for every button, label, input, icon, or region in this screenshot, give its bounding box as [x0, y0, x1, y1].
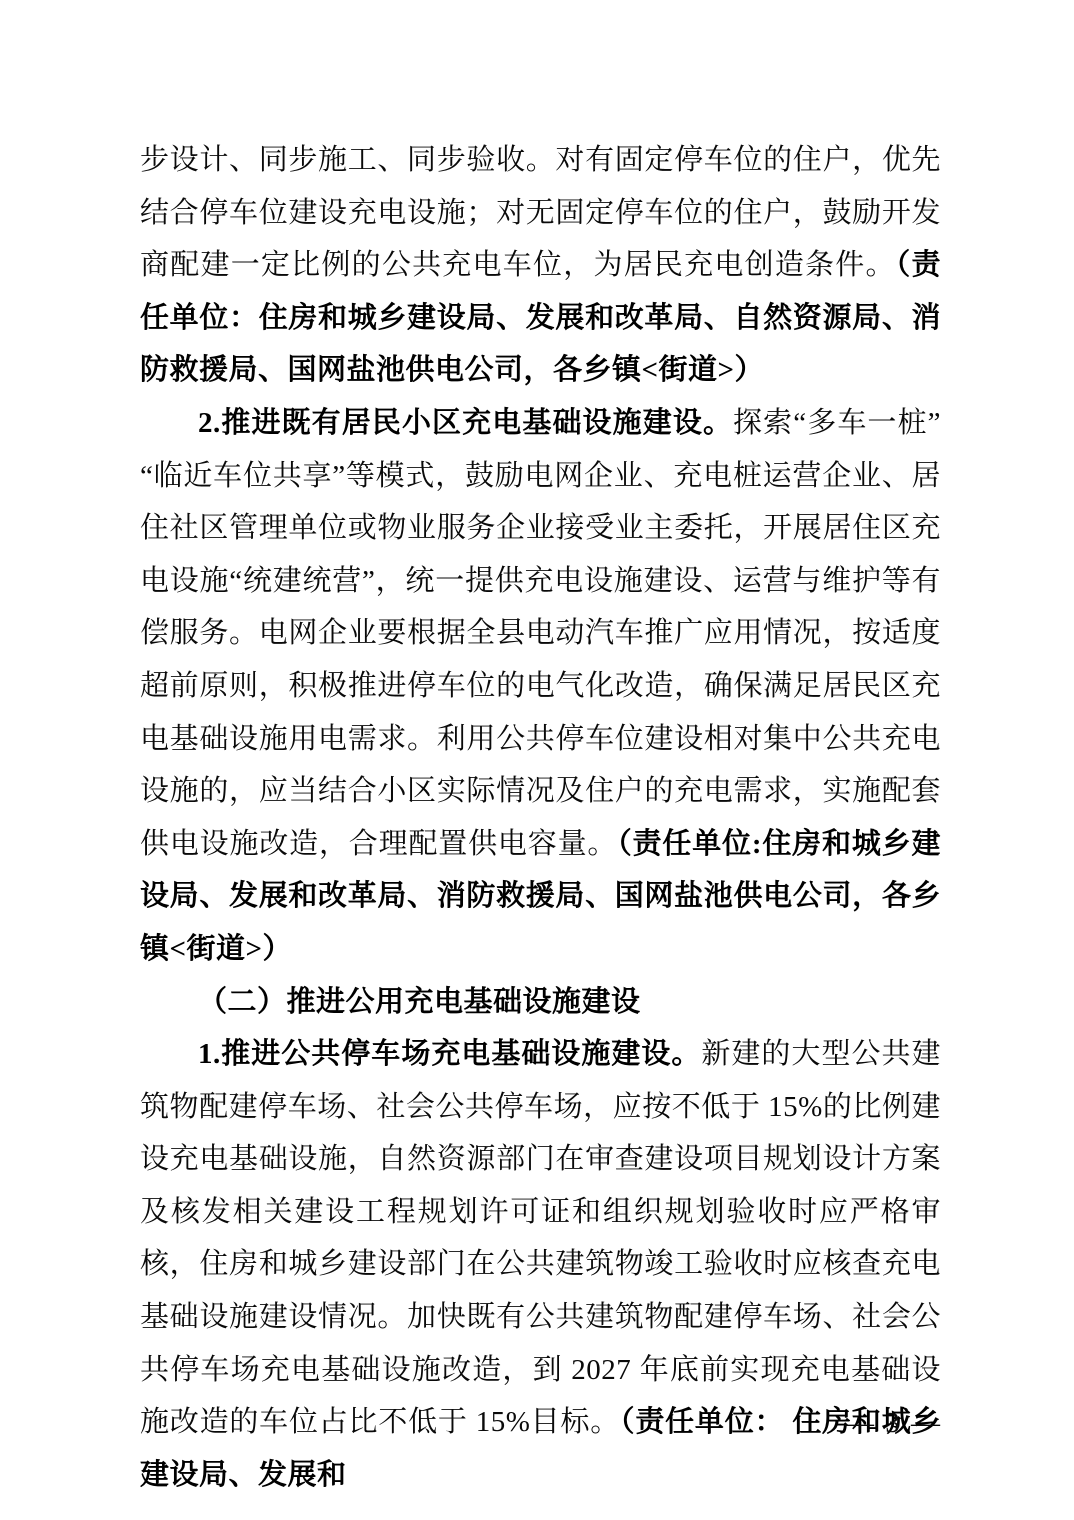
document-page: 步设计、同步施工、同步验收。对有固定停车位的住户，优先结合停车位建设充电设施；对…: [0, 0, 1074, 1520]
text-run: 步设计、同步施工、同步验收。对有固定停车位的住户，优先结合停车位建设充电设施；对…: [140, 144, 941, 281]
paragraph-item-2: 2.推进既有居民小区充电基础设施建设。探索“多车一桩”“临近车位共享”等模式，鼓…: [140, 397, 941, 976]
document-body: 步设计、同步施工、同步验收。对有固定停车位的住户，优先结合停车位建设充电设施；对…: [140, 134, 941, 1501]
page-number: — 3 —: [845, 1406, 942, 1440]
paragraph-item-1: 1.推进公共停车场充电基础设施建设。新建的大型公共建筑物配建停车场、社会公共停车…: [140, 1028, 941, 1501]
item-title-run: 2.推进既有居民小区充电基础设施建设。: [198, 407, 733, 439]
paragraph-continuation: 步设计、同步施工、同步验收。对有固定停车位的住户，优先结合停车位建设充电设施；对…: [140, 134, 941, 397]
text-run: 探索“多车一桩”“临近车位共享”等模式，鼓励电网企业、充电桩运营企业、居住社区管…: [140, 407, 941, 860]
section-heading: （二）推进公用充电基础设施建设: [140, 976, 941, 1029]
item-title-run: 1.推进公共停车场充电基础设施建设。: [198, 1038, 701, 1070]
section-heading-run: （二）推进公用充电基础设施建设: [198, 986, 641, 1018]
text-run: 新建的大型公共建筑物配建停车场、社会公共停车场，应按不低于 15%的比例建设充电…: [140, 1038, 941, 1438]
